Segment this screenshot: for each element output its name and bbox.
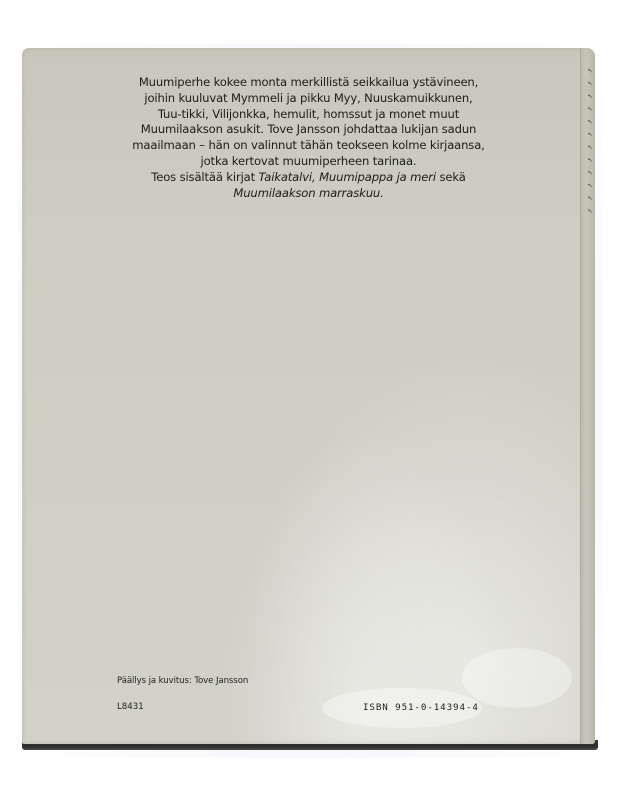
contents-line-2: Muumilaakson marraskuu. (22, 186, 595, 202)
blurb-line: joihin kuuluvat Mymmeli ja pikku Myy, Nu… (22, 91, 595, 107)
contents-prefix: Teos sisältää kirjat (151, 170, 258, 184)
photo-stage: Muumiperhe kokee monta merkillistä seikk… (0, 0, 618, 800)
blurb-line: Tuu-tikki, Vilijonkka, hemulit, homssut … (22, 107, 595, 123)
blurb-text: Muumiperhe kokee monta merkillistä seikk… (22, 75, 595, 201)
book-back-cover: Muumiperhe kokee monta merkillistä seikk… (22, 48, 595, 744)
blurb-line: Muumiperhe kokee monta merkillistä seikk… (22, 75, 595, 91)
cover-credits: Päällys ja kuvitus: Tove Jansson (117, 676, 248, 686)
blurb-line: jotka kertovat muumiperheen tarinaa. (22, 154, 595, 170)
book-spine: ( ( ( ( ( ( ( ( ( ( ( ( (580, 48, 595, 744)
isbn-number: ISBN 951-0-14394-4 (363, 702, 479, 713)
book-title-last: Muumilaakson marraskuu. (233, 186, 383, 200)
product-code: L8431 (117, 702, 144, 712)
blurb-line: maailmaan – hän on valinnut tähän teokse… (22, 138, 595, 154)
spine-title-fragment: ( ( ( ( ( ( ( ( ( ( ( ( (584, 68, 594, 708)
contents-line: Teos sisältää kirjat Taikatalvi, Muumipa… (22, 170, 595, 186)
book-titles: Taikatalvi, Muumipappa ja meri (259, 170, 436, 184)
gloss-reflection (462, 648, 572, 708)
contents-joiner: sekä (436, 170, 466, 184)
blurb-line: Muumilaakson asukit. Tove Jansson johdat… (22, 122, 595, 138)
